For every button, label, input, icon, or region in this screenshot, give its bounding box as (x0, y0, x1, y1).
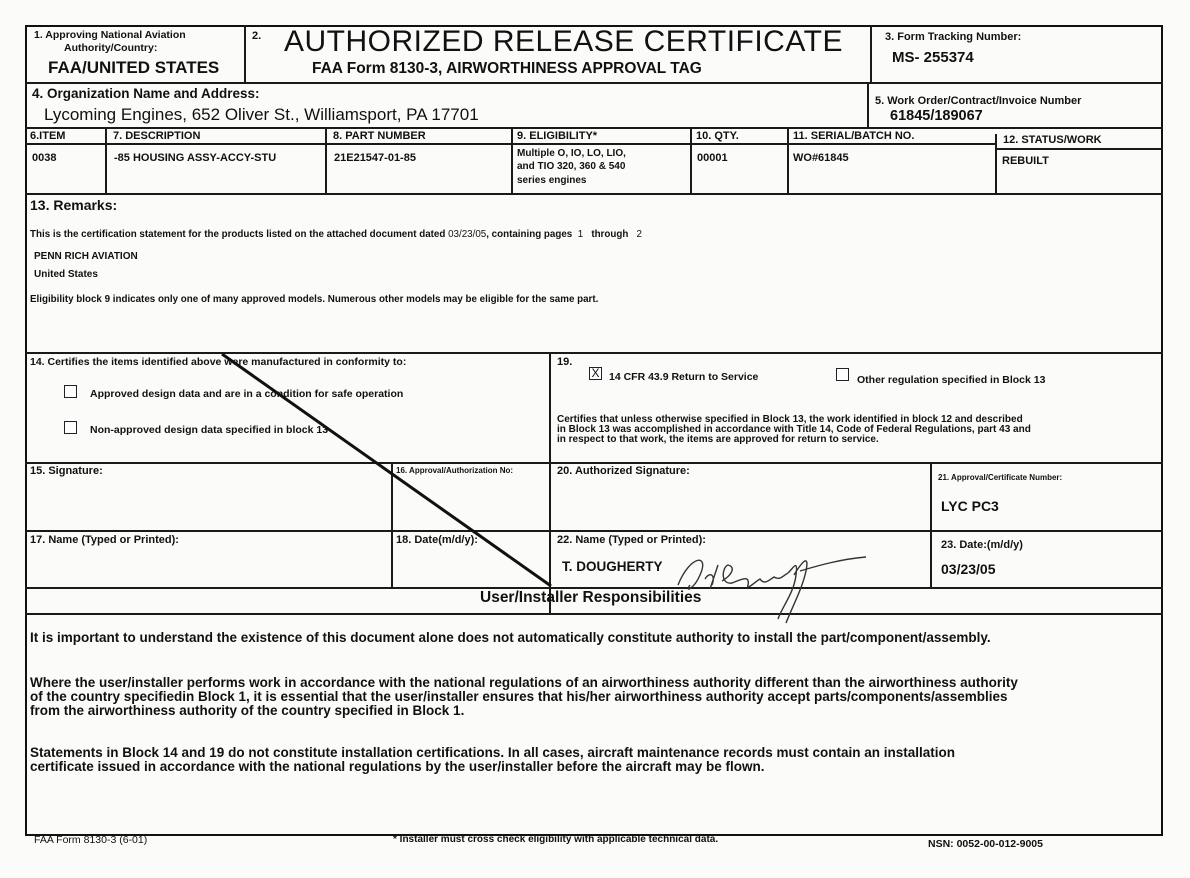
remarks-statement-date: 03/23/05 (448, 229, 486, 240)
remarks-page-to: 2 (636, 229, 641, 240)
cell-qty: 00001 (697, 152, 728, 164)
block19-cert-line3: in respect to that work, the items are a… (557, 434, 879, 445)
signer-name: T. DOUGHERTY (562, 559, 663, 574)
return-to-service-checkbox[interactable]: X (589, 367, 602, 380)
form-tracking-number: MS- 255374 (892, 49, 974, 66)
cell-description: -85 HOUSING ASSY-ACCY-STU (114, 152, 276, 164)
block2-number: 2. (252, 30, 261, 42)
responsibilities-title: User/Installer Responsibilities (480, 589, 701, 607)
cell-status: REBUILT (1002, 155, 1049, 167)
responsibilities-p1: It is important to understand the existe… (30, 631, 991, 645)
block21-label: 21. Approval/Certificate Number: (938, 473, 1062, 482)
remarks-line4: Eligibility block 9 indicates only one o… (30, 294, 598, 305)
footer-note: * Installer must cross check eligibility… (393, 834, 718, 845)
organization-address: Lycoming Engines, 652 Oliver St., Willia… (44, 105, 479, 125)
handwritten-signature (670, 545, 870, 625)
responsibilities-p3-line2: certificate issued in accordance with th… (30, 760, 764, 774)
release-date: 03/23/05 (941, 561, 996, 577)
footer-nsn: NSN: 0052-00-012-9005 (928, 838, 1043, 850)
block1-label-line1: 1. Approving National Aviation (34, 29, 186, 41)
block14-label: 14. Certifies the items identified above… (30, 356, 406, 368)
block14-option1-label: Approved design data and are in a condit… (90, 388, 403, 400)
remarks-line3: United States (34, 269, 98, 280)
block3-label: 3. Form Tracking Number: (885, 31, 1021, 43)
cell-eligibility-line3: series engines (517, 175, 586, 186)
responsibilities-p2-line3: from the airworthiness authority of the … (30, 704, 464, 718)
signature-field-15[interactable] (30, 480, 385, 526)
block15-label: 15. Signature: (30, 465, 103, 477)
responsibilities-p3-line1: Statements in Block 14 and 19 do not con… (30, 746, 955, 760)
block16-label: 16. Approval/Authorization No: (396, 466, 513, 475)
block19-label: 19. (557, 356, 572, 368)
block1-value: FAA/UNITED STATES (48, 58, 219, 78)
block14-option2-label: Non-approved design data specified in bl… (90, 424, 328, 436)
certificate-subtitle: FAA Form 8130-3, AIRWORTHINESS APPROVAL … (312, 60, 702, 78)
remarks-through: through (591, 229, 628, 240)
remarks-page-from: 1 (578, 229, 583, 240)
block23-label: 23. Date:(m/d/y) (941, 539, 1023, 551)
header-description: 7. DESCRIPTION (113, 130, 200, 142)
header-qty: 10. QTY. (696, 130, 739, 142)
remarks-statement-mid: , containing pages (486, 229, 572, 240)
header-item: 6.ITEM (30, 130, 65, 142)
remarks-statement-prefix: This is the certification statement for … (30, 229, 445, 240)
return-to-service-label: 14 CFR 43.9 Return to Service (609, 371, 758, 383)
work-order-number: 61845/189067 (890, 108, 983, 124)
header-serial: 11. SERIAL/BATCH NO. (793, 130, 914, 142)
responsibilities-p2-line2: of the country specifiedin Block 1, it i… (30, 690, 1008, 704)
cell-serial: WO#61845 (793, 152, 849, 164)
block5-label: 5. Work Order/Contract/Invoice Number (875, 95, 1081, 107)
other-regulation-checkbox[interactable] (836, 368, 849, 381)
header-part-number: 8. PART NUMBER (333, 130, 426, 142)
block14-option2-checkbox[interactable] (64, 421, 77, 434)
remarks-line2: PENN RICH AVIATION (34, 251, 138, 262)
block13-label: 13. Remarks: (30, 197, 117, 213)
block20-label: 20. Authorized Signature: (557, 465, 690, 477)
cell-part-number: 21E21547-01-85 (334, 152, 416, 164)
block14-option1-checkbox[interactable] (64, 385, 77, 398)
cell-eligibility-line2: and TIO 320, 360 & 540 (517, 161, 625, 172)
authorized-signature-field[interactable] (557, 480, 922, 526)
block4-label: 4. Organization Name and Address: (32, 86, 260, 101)
cell-item: 0038 (32, 152, 56, 164)
responsibilities-p2-line1: Where the user/installer performs work i… (30, 676, 1018, 690)
certificate-title: AUTHORIZED RELEASE CERTIFICATE (284, 25, 843, 59)
block17-label: 17. Name (Typed or Printed): (30, 534, 179, 546)
remarks-statement: This is the certification statement for … (30, 229, 642, 240)
header-status: 12. STATUS/WORK (1003, 134, 1102, 146)
approval-certificate-number: LYC PC3 (941, 498, 999, 514)
cell-eligibility-line1: Multiple O, IO, LO, LIO, (517, 148, 626, 159)
other-regulation-label: Other regulation specified in Block 13 (857, 374, 1045, 386)
header-eligibility: 9. ELIGIBILITY* (517, 130, 597, 142)
block1-label-line2: Authority/Country: (64, 42, 157, 54)
footer-form-id: FAA Form 8130-3 (6-01) (34, 834, 147, 846)
block18-label: 18. Date(m/d/y): (396, 534, 478, 546)
